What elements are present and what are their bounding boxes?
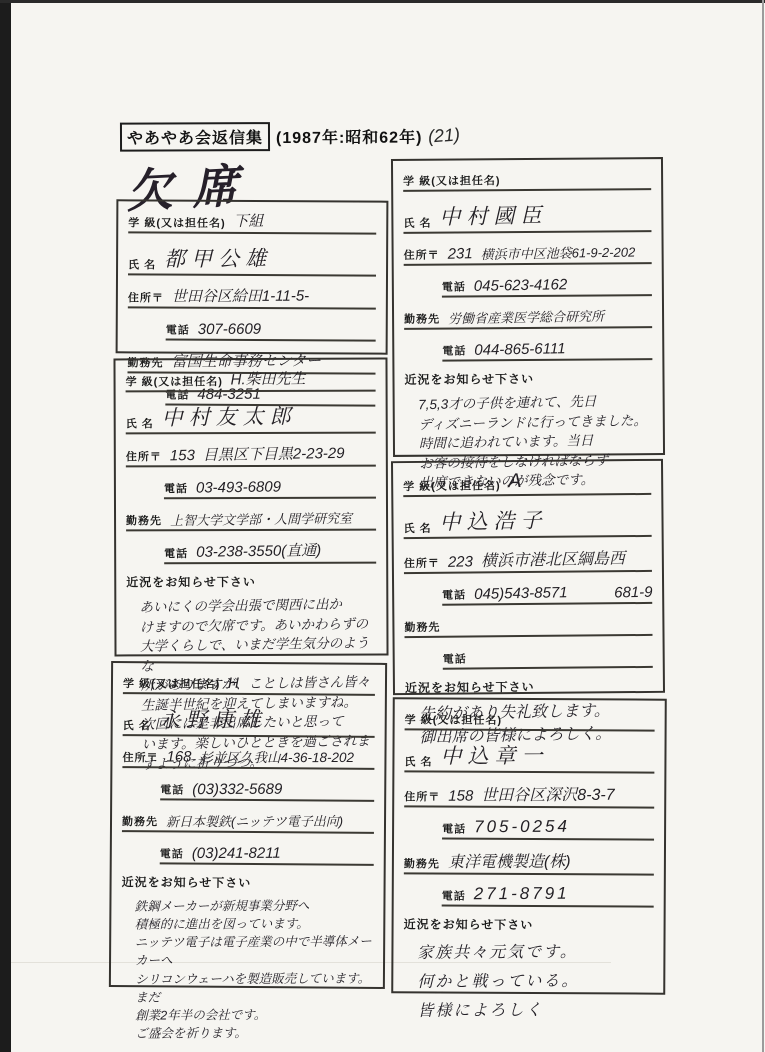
phone-row: 電話 045-623-4162 — [442, 273, 652, 297]
address-overflow-value: 681-9 — [614, 584, 653, 602]
name-row: 氏 名 中村國臣 — [403, 199, 651, 234]
name-label: 氏 名 — [404, 753, 432, 769]
name-row: 氏 名 永野康雄 — [123, 703, 375, 738]
scan-edge-top — [0, 0, 765, 3]
news-label: 近況をお知らせ下さい — [405, 677, 653, 696]
name-label: 氏 名 — [123, 717, 151, 733]
phone-value: 045-623-4162 — [474, 276, 568, 295]
phone-label: 電話 — [160, 781, 184, 797]
name-row: 氏 名 都甲公雄 — [128, 242, 376, 276]
work-phone-row: 電話 271-8791 — [442, 884, 654, 908]
class-label: 学 級(又は担任名) — [128, 214, 225, 231]
workplace-row: 勤務先 東洋電機製造(株) — [404, 848, 654, 875]
class-value: 下組 — [234, 210, 264, 231]
workplace-label: 勤務先 — [404, 619, 440, 635]
workplace-value: 上智大学文学部・人間学研究室 — [170, 508, 352, 530]
class-value: A — [508, 470, 522, 493]
reply-card-nakagome-s: 学 級(又は担任名) 氏 名 中込章一 住所〒 158 世田谷区深沢8-3-7 … — [391, 697, 667, 994]
reply-card-nakamura-y: 学 級(又は担任名) H.柴田先生 氏 名 中村友太郎 住所〒 153 目黒区下… — [113, 358, 388, 657]
work-phone-row: 電話 — [443, 645, 653, 670]
workplace-label: 勤務先 — [404, 855, 440, 871]
phone-label: 電話 — [442, 888, 466, 904]
phone-row: 電話 (03)332-5689 — [160, 777, 374, 801]
work-phone-row: 電話 044-865-6111 — [442, 337, 652, 361]
name-row: 氏 名 中込浩子 — [403, 504, 651, 539]
name-value: 中込章一 — [440, 740, 548, 771]
phone-value: 705-0254 — [474, 817, 570, 838]
address-value: 杉並区久我山4-36-18-202 — [199, 746, 354, 767]
phone-value: 307-6609 — [198, 321, 261, 338]
page-title: やあやあ会返信集 — [120, 122, 270, 152]
work-phone-row: 電話 (03)241-8211 — [160, 841, 374, 865]
news-label: 近況をお知らせ下さい — [404, 369, 652, 388]
phone-row: 電話 03-493-6809 — [164, 476, 376, 500]
scan-edge-right — [762, 0, 764, 1052]
news-label: 近況をお知らせ下さい — [122, 873, 374, 892]
phone-value: 03-493-6809 — [196, 478, 281, 496]
address-row: 住所〒 168 杉並区久我山4-36-18-202 — [122, 745, 374, 770]
workplace-row: 勤務先 上智大学文学部・人間学研究室 — [126, 508, 376, 532]
class-row: 学 級(又は担任名) A — [403, 469, 651, 497]
phone-label: 電話 — [443, 651, 467, 667]
workplace-label: 勤務先 — [404, 311, 440, 327]
workplace-label: 勤務先 — [126, 512, 162, 528]
class-row: 学 級(又は担任名) — [405, 707, 655, 731]
news-label: 近況をお知らせ下さい — [126, 573, 376, 591]
workplace-row: 勤務先 労働省産業医学総合研究所 — [404, 305, 652, 330]
address-row: 住所〒 223 横浜市港北区綱島西 — [404, 546, 652, 574]
class-value: H.柴田先生 — [231, 367, 306, 389]
phone-label: 電話 — [442, 587, 466, 603]
phone-value: (03)332-5689 — [192, 781, 282, 798]
reply-card-nagano: 学 級(又は担任名) H 氏 名 永野康雄 住所〒 168 杉並区久我山4-36… — [109, 661, 387, 989]
class-label: 学 級(又は担任名) — [403, 172, 500, 189]
phone-label: 電話 — [160, 845, 184, 861]
address-row: 住所〒 231 横浜市中区池袋61-9-2-202 — [404, 241, 652, 266]
phone-row: 電話 705-0254 — [442, 817, 654, 841]
address-label: 住所〒 — [404, 247, 440, 263]
zip-value: 158 — [448, 788, 473, 805]
address-row: 住所〒 158 世田谷区深沢8-3-7 — [404, 781, 654, 808]
zip-value: 168 — [166, 748, 191, 765]
class-label: 学 級(又は担任名) — [126, 373, 223, 389]
name-label: 氏 名 — [403, 215, 431, 231]
name-row: 氏 名 中込章一 — [404, 739, 654, 773]
handwritten-page-number: (21) — [428, 124, 461, 147]
phone-label: 電話 — [442, 821, 466, 837]
class-label: 学 級(又は担任名) — [403, 477, 501, 494]
address-value: 世田谷区給田1-11-5- — [172, 285, 309, 307]
class-row: 学 級(又は担任名) — [403, 167, 651, 192]
news-label: 近況をお知らせ下さい — [404, 915, 654, 933]
reply-card-nakamura-k: 学 級(又は担任名) 氏 名 中村國臣 住所〒 231 横浜市中区池袋61-9-… — [391, 157, 665, 457]
workplace-value: 新日本製鉄(ニッテツ電子出向) — [166, 811, 343, 831]
class-value: H — [228, 675, 239, 692]
name-label: 氏 名 — [126, 415, 154, 431]
workplace-row: 勤務先 新日本製鉄(ニッテツ電子出向) — [122, 809, 374, 834]
address-value: 目黒区下目黒2-23-29 — [203, 442, 345, 465]
address-value: 横浜市港北区綱島西 — [481, 545, 625, 571]
phone-row: 電話 307-6609 — [166, 318, 376, 342]
address-label: 住所〒 — [122, 749, 158, 765]
news-message: 鉄鋼メーカーが新規事業分野へ 積極的に進出を図っています。 ニッテツ電子は電子産… — [135, 896, 374, 1042]
work-phone-value: 044-865-6111 — [474, 340, 565, 359]
name-value: 都甲公雄 — [164, 243, 272, 274]
phone-label: 電話 — [164, 480, 188, 496]
phone-row: 電話 045)543-8571 681-9 — [442, 581, 652, 606]
workplace-row: 勤務先 — [404, 613, 652, 638]
phone-label: 電話 — [166, 322, 190, 338]
news-message: 家族共々元気です。 何かと戦っている。 皆様によろしく — [417, 938, 654, 1026]
address-label: 住所〒 — [126, 448, 162, 464]
work-phone-value: 271-8791 — [474, 884, 570, 905]
class-label: 学 級(又は担任名) — [405, 711, 502, 728]
phone-label: 電話 — [442, 342, 466, 358]
phone-label: 電話 — [164, 545, 188, 561]
address-row: 住所〒 153 目黒区下目黒2-23-29 — [126, 443, 376, 468]
name-label: 氏 名 — [403, 520, 431, 536]
zip-value: 153 — [170, 447, 195, 464]
address-label: 住所〒 — [404, 555, 440, 571]
page-title-year: (1987年:昭和62年) — [276, 125, 422, 149]
address-row: 住所〒 世田谷区給田1-11-5- — [128, 284, 376, 309]
class-row: 学 級(又は担任名) H — [123, 671, 375, 696]
class-row: 学 級(又は担任名) 下組 — [128, 209, 376, 234]
name-row: 氏 名 中村友太郎 — [126, 401, 376, 435]
class-row: 学 級(又は担任名) H.柴田先生 — [126, 368, 376, 393]
class-label: 学 級(又は担任名) — [123, 675, 220, 692]
work-phone-value: (03)241-8211 — [192, 845, 281, 862]
address-label: 住所〒 — [128, 289, 164, 305]
name-value: 中込浩子 — [439, 504, 548, 536]
reply-card-tokou: 学 級(又は担任名) 下組 氏 名 都甲公雄 住所〒 世田谷区給田1-11-5-… — [116, 199, 389, 354]
work-phone-row: 電話 03-238-3550(直通) — [164, 540, 376, 565]
address-label: 住所〒 — [404, 788, 440, 804]
workplace-value: 労働省産業医学総合研究所 — [448, 306, 604, 328]
scan-edge-left — [0, 0, 11, 1052]
phone-value: 045)543-8571 — [474, 584, 568, 603]
page-header: やあやあ会返信集 (1987年:昭和62年) (21) — [120, 121, 461, 151]
name-value: 中村國臣 — [439, 199, 548, 231]
name-value: 永野康雄 — [159, 704, 267, 734]
phone-label: 電話 — [442, 278, 466, 294]
zip-value: 223 — [448, 553, 473, 570]
address-value: 世田谷区深沢8-3-7 — [481, 782, 614, 806]
name-label: 氏 名 — [128, 256, 156, 272]
work-phone-value: 03-238-3550(直通) — [196, 539, 321, 562]
address-value: 横浜市中区池袋61-9-2-202 — [480, 241, 635, 263]
reply-card-nakagome-h: 学 級(又は担任名) A 氏 名 中込浩子 住所〒 223 横浜市港北区綱島西 … — [391, 459, 665, 695]
workplace-value: 東洋電機製造(株) — [448, 849, 571, 873]
workplace-label: 勤務先 — [122, 813, 158, 829]
zip-value: 231 — [447, 245, 472, 262]
name-value: 中村友太郎 — [162, 400, 297, 432]
